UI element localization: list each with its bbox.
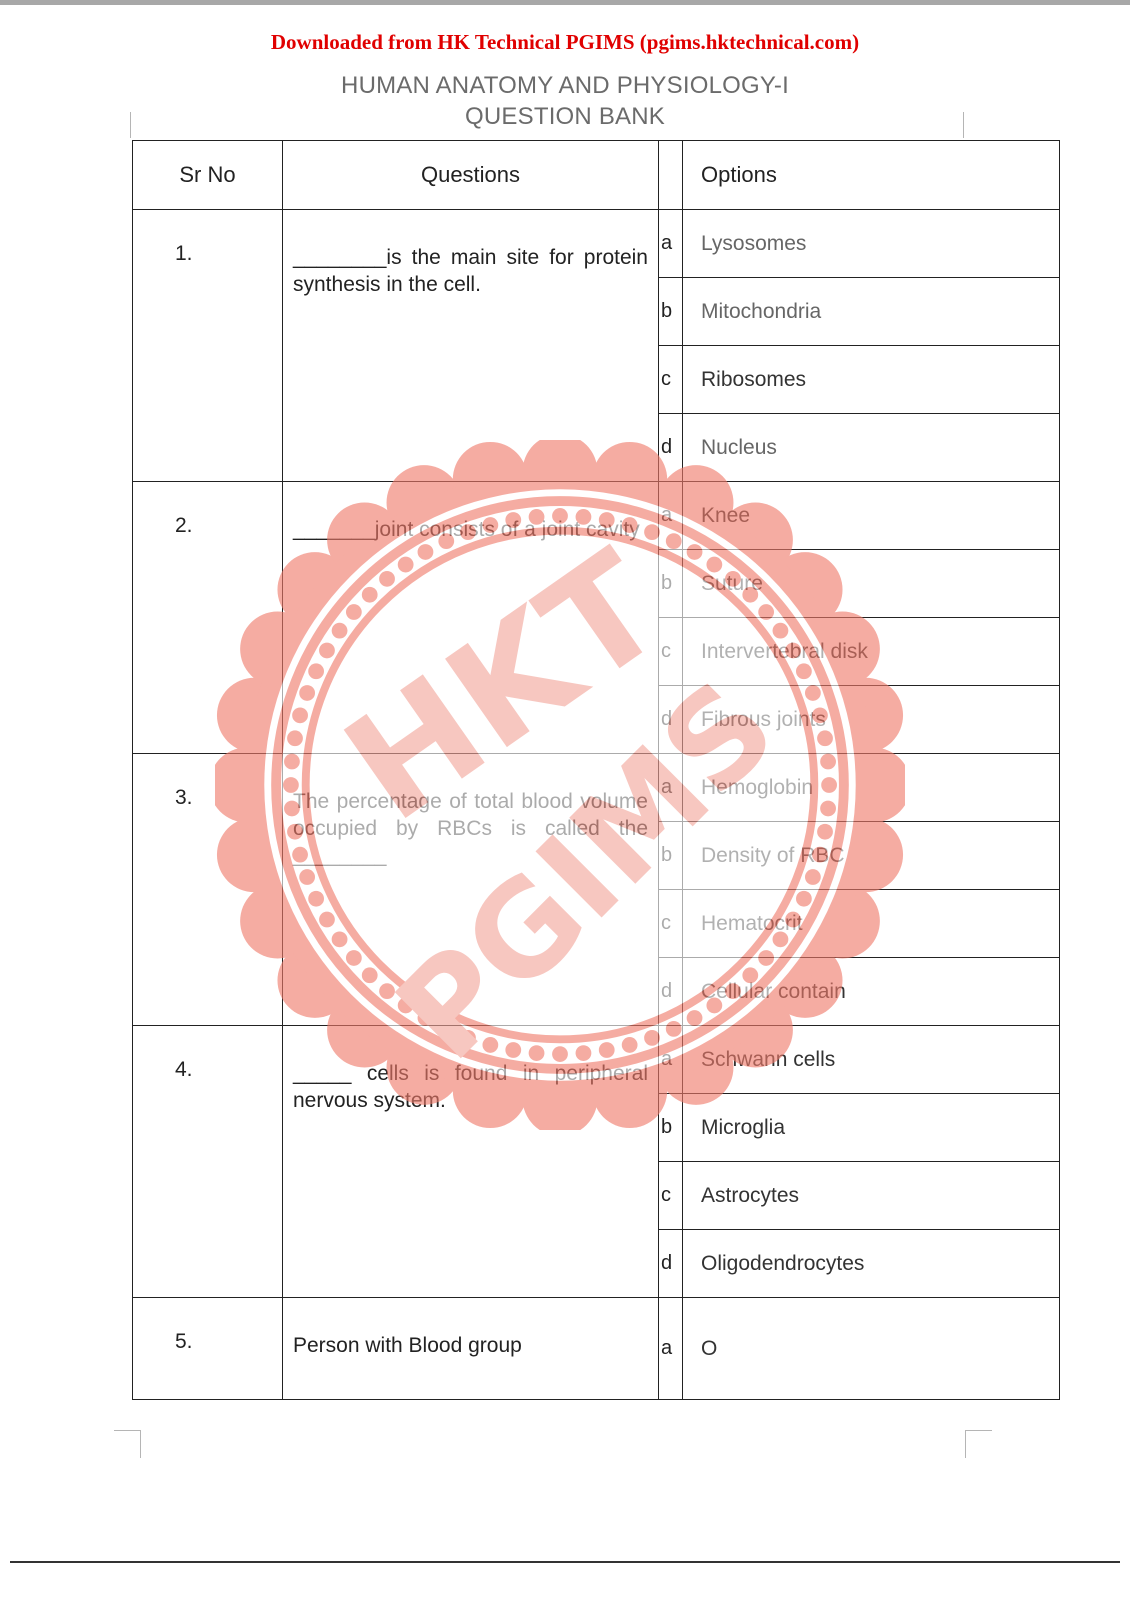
option-letter: b: [659, 278, 683, 346]
crop-mark-bottom-left-h: [114, 1430, 141, 1431]
option-text: Hemoglobin: [683, 754, 1060, 822]
question-row: 3.The percentage of total blood volume o…: [133, 754, 1060, 822]
question-text: _______joint consists of a joint cavity: [283, 482, 659, 754]
document-subtitle: QUESTION BANK: [0, 103, 1130, 131]
option-letter: c: [659, 890, 683, 958]
crop-mark-bottom-right-v: [965, 1430, 966, 1458]
option-letter: c: [659, 618, 683, 686]
option-letter: d: [659, 958, 683, 1026]
option-letter: a: [659, 1026, 683, 1094]
question-text: ________is the main site for protein syn…: [283, 210, 659, 482]
option-letter: a: [659, 210, 683, 278]
question-text: Person with Blood group: [283, 1298, 659, 1400]
option-text: Cellular contain: [683, 958, 1060, 1026]
question-row: 2._______joint consists of a joint cavit…: [133, 482, 1060, 550]
option-text: O: [683, 1298, 1060, 1400]
option-text: Astrocytes: [683, 1162, 1060, 1230]
option-text: Oligodendrocytes: [683, 1230, 1060, 1298]
header-sr-no: Sr No: [133, 141, 283, 210]
option-text: Mitochondria: [683, 278, 1060, 346]
serial-number: 3.: [133, 754, 283, 1026]
serial-number: 2.: [133, 482, 283, 754]
header-questions: Questions: [283, 141, 659, 210]
option-text: Hematocrit: [683, 890, 1060, 958]
question-row: 1.________is the main site for protein s…: [133, 210, 1060, 278]
option-letter: a: [659, 1298, 683, 1400]
option-text: Density of RBC: [683, 822, 1060, 890]
serial-number: 5.: [133, 1298, 283, 1400]
crop-mark-bottom-right-h: [965, 1430, 992, 1431]
option-letter: d: [659, 686, 683, 754]
option-text: Microglia: [683, 1094, 1060, 1162]
option-letter: c: [659, 1162, 683, 1230]
option-text: Ribosomes: [683, 346, 1060, 414]
table-header-row: Sr No Questions Options: [133, 141, 1060, 210]
question-row: 5.Person with Blood groupaO: [133, 1298, 1060, 1400]
crop-mark-bottom-left-v: [140, 1430, 141, 1458]
bottom-rule: [10, 1561, 1120, 1563]
top-border: [0, 0, 1130, 5]
question-row: 4._____ cells is found in peripheral ner…: [133, 1026, 1060, 1094]
option-text: Schwann cells: [683, 1026, 1060, 1094]
option-text: Knee: [683, 482, 1060, 550]
serial-number: 1.: [133, 210, 283, 482]
option-text: Lysosomes: [683, 210, 1060, 278]
question-text: _____ cells is found in peripheral nervo…: [283, 1026, 659, 1298]
crop-mark-top-right: [963, 112, 964, 138]
option-letter: a: [659, 754, 683, 822]
crop-mark-top-left: [130, 112, 131, 138]
option-letter: c: [659, 346, 683, 414]
question-text: The percentage of total blood volume occ…: [283, 754, 659, 1026]
option-letter: a: [659, 482, 683, 550]
option-letter: d: [659, 1230, 683, 1298]
option-text: Fibrous joints: [683, 686, 1060, 754]
option-letter: b: [659, 1094, 683, 1162]
option-letter: d: [659, 414, 683, 482]
option-text: Suture: [683, 550, 1060, 618]
header-letter: [659, 141, 683, 210]
serial-number: 4.: [133, 1026, 283, 1298]
question-bank-table: Sr No Questions Options 1.________is the…: [132, 140, 1060, 1400]
option-letter: b: [659, 822, 683, 890]
document-title: HUMAN ANATOMY AND PHYSIOLOGY-I: [0, 72, 1130, 100]
header-options: Options: [683, 141, 1060, 210]
option-text: Nucleus: [683, 414, 1060, 482]
option-letter: b: [659, 550, 683, 618]
option-text: Intervertebral disk: [683, 618, 1060, 686]
download-notice: Downloaded from HK Technical PGIMS (pgim…: [0, 30, 1130, 55]
